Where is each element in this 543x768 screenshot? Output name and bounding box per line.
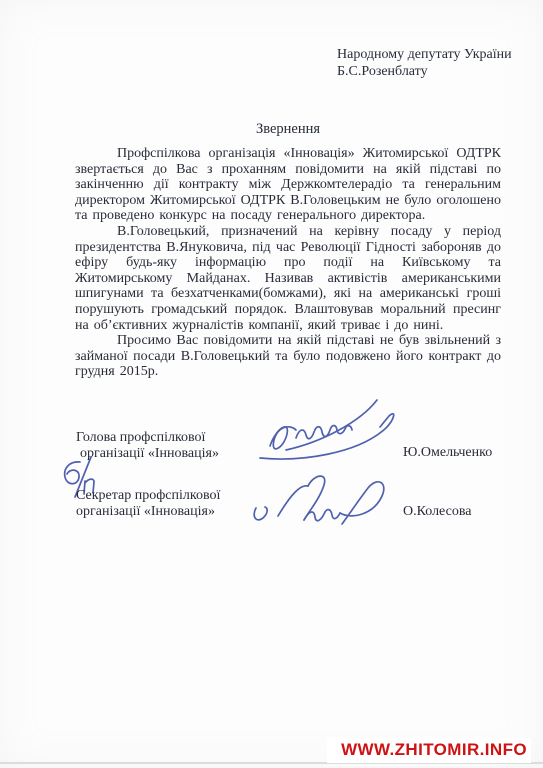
site-watermark: WWW.ZHITOMIR.INFO: [327, 738, 531, 763]
signatory2-role-line1: Секретар профспілкової: [76, 488, 246, 504]
signature2-handwriting: [248, 472, 400, 540]
addressee-block: Народному депутату України Б.С.Розенблат…: [337, 47, 527, 80]
signature1-handwriting: [256, 394, 406, 472]
signatory2-name: О.Колесова: [403, 504, 533, 520]
paragraph-2: В.Головецький, призначений на керівну по…: [75, 224, 501, 333]
paragraph-3: Просимо Вас повідомити на якій підставі …: [75, 333, 501, 380]
signatory1-role-line1: Голова профспілкової: [76, 430, 246, 446]
letter-title: Звернення: [75, 121, 501, 138]
letter-body: Профспілкова організація «Інновація» Жит…: [75, 146, 501, 380]
signatory1-name: Ю.Омельченко: [403, 445, 533, 461]
scanned-letter-page: Народному депутату України Б.С.Розенблат…: [0, 0, 543, 768]
addressee-line1: Народному депутату України: [337, 47, 527, 64]
paragraph-1: Профспілкова організація «Інновація» Жит…: [75, 146, 501, 224]
addressee-line2: Б.С.Розенблату: [337, 64, 527, 81]
signatory2-role: Секретар профспілкової організації «Інно…: [76, 488, 246, 519]
signatory2-role-line2: організації «Інновація»: [76, 504, 246, 520]
